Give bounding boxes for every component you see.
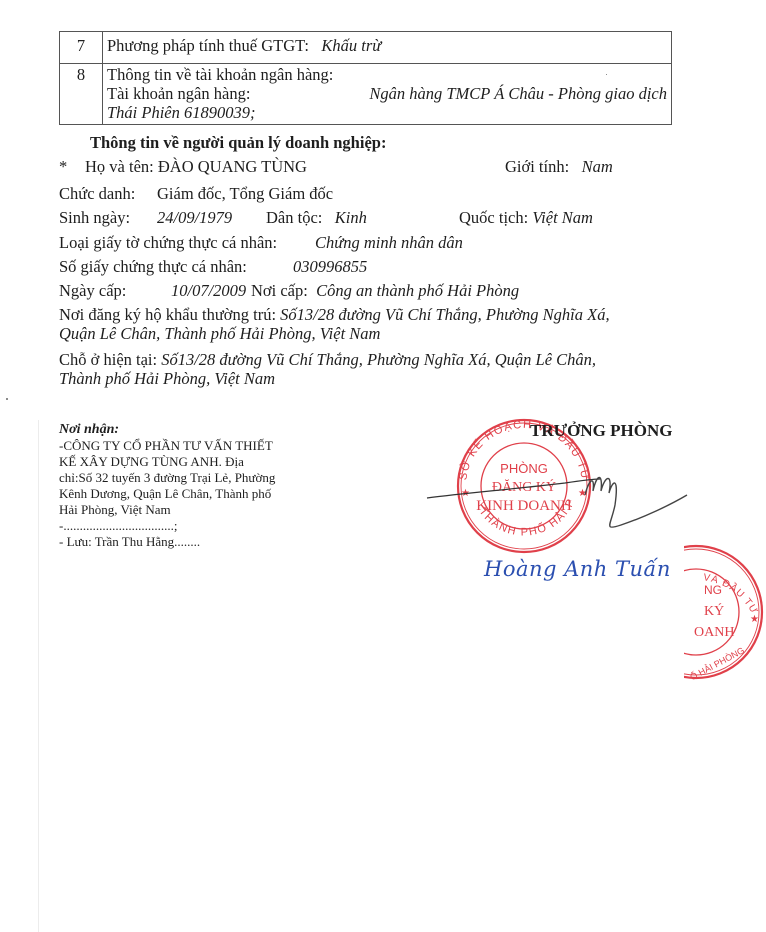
svg-text:★: ★: [750, 614, 759, 625]
gender-label: Giới tính:: [505, 157, 569, 176]
name-line: *Họ và tên: ĐÀO QUANG TÙNG: [59, 157, 307, 177]
issue-place-line: Nơi cấp: Công an thành phố Hải Phòng: [251, 281, 519, 301]
info-table: 7 Phương pháp tính thuế GTGT: Khấu trừ 8…: [59, 31, 672, 125]
bank-account-value: Ngân hàng TMCP Á Châu - Phòng giao dịch: [369, 84, 667, 103]
row-number: 8: [60, 64, 103, 125]
scan-margin-line: [38, 420, 39, 932]
nationality-value: Việt Nam: [532, 208, 593, 227]
issue-place-value: Công an thành phố Hải Phòng: [316, 281, 519, 300]
ethnicity-value: Kinh: [335, 208, 367, 227]
permanent-address-label: Nơi đăng ký hộ khẩu thường trú:: [59, 305, 276, 324]
handwritten-signature-icon: [425, 465, 695, 545]
bullet-icon: *: [59, 157, 85, 177]
scan-speck: [606, 74, 607, 75]
ethnicity-label: Dân tộc:: [266, 208, 322, 227]
issue-date-label: Ngày cấp:: [59, 281, 171, 301]
row-number: 7: [60, 32, 103, 64]
signer-name: Hoàng Anh Tuấn: [484, 557, 671, 581]
permanent-address-line-2: Quận Lê Chân, Thành phố Hải Phòng, Việt …: [59, 324, 380, 344]
recipients-block: Nơi nhận: -CÔNG TY CỔ PHẦN TƯ VẤN THIẾT …: [59, 422, 299, 550]
gender-line: Giới tính: Nam: [505, 157, 613, 177]
dob-value: 24/09/1979: [157, 208, 232, 227]
id-number-line: Số giấy chứng thực cá nhân:030996855: [59, 257, 367, 277]
recipient-line: KẾ XÂY DỰNG TÙNG ANH. Địa: [59, 454, 299, 470]
position-line: Chức danh:Giám đốc, Tổng Giám đốc: [59, 184, 333, 204]
id-number-value: 030996855: [293, 257, 367, 276]
table-row: 8 Thông tin về tài khoản ngân hàng: Tài …: [60, 64, 672, 125]
id-type-value: Chứng minh nhân dân: [315, 233, 463, 252]
current-address-value: Số13/28 đường Vũ Chí Thắng, Phường Nghĩa…: [161, 350, 596, 369]
recipients-title: Nơi nhận:: [59, 422, 299, 438]
current-address-value-cont: Thành phố Hải Phòng, Việt Nam: [59, 369, 275, 388]
id-number-label: Số giấy chứng thực cá nhân:: [59, 257, 293, 277]
table-row: 7 Phương pháp tính thuế GTGT: Khấu trừ: [60, 32, 672, 64]
document-page: 7 Phương pháp tính thuế GTGT: Khấu trừ 8…: [0, 0, 766, 932]
partial-stamp-icon: VÀ ĐẦU TƯ ★ NG KÝ OANH Ố HẢI PHÒNG: [684, 540, 766, 680]
svg-text:NG: NG: [704, 583, 722, 597]
issue-date-line: Ngày cấp:10/07/2009: [59, 281, 246, 301]
row-content: Thông tin về tài khoản ngân hàng: Tài kh…: [103, 64, 672, 125]
issue-date-value: 10/07/2009: [171, 281, 246, 300]
dob-label: Sinh ngày:: [59, 208, 157, 228]
recipient-line: Kênh Dương, Quận Lê Chân, Thành phố: [59, 486, 299, 502]
permanent-address-value-cont: Quận Lê Chân, Thành phố Hải Phòng, Việt …: [59, 324, 380, 343]
scan-speck: [6, 398, 8, 400]
bank-account-label: Tài khoản ngân hàng:: [107, 84, 250, 103]
permanent-address-value: Số13/28 đường Vũ Chí Thắng, Phường Nghĩa…: [280, 305, 609, 324]
recipient-line: -..................................;: [59, 518, 299, 534]
bank-account-line: Tài khoản ngân hàng: Ngân hàng TMCP Á Ch…: [107, 84, 667, 103]
row-content: Phương pháp tính thuế GTGT: Khấu trừ: [103, 32, 672, 64]
recipient-line: Hải Phòng, Việt Nam: [59, 502, 299, 518]
name-label: Họ và tên:: [85, 157, 154, 176]
signature-title: TRƯỞNG PHÒNG: [530, 421, 672, 441]
svg-text:KÝ: KÝ: [704, 602, 724, 619]
tax-method-label: Phương pháp tính thuế GTGT:: [107, 36, 309, 55]
nationality-line: Quốc tịch: Việt Nam: [459, 208, 593, 228]
current-address-line-2: Thành phố Hải Phòng, Việt Nam: [59, 369, 275, 389]
position-label: Chức danh:: [59, 184, 157, 204]
current-address-label: Chỗ ở hiện tại:: [59, 350, 157, 369]
recipient-line: -CÔNG TY CỔ PHẦN TƯ VẤN THIẾT: [59, 438, 299, 454]
position-value: Giám đốc, Tổng Giám đốc: [157, 184, 333, 203]
nationality-label: Quốc tịch:: [459, 208, 528, 227]
dob-line: Sinh ngày:24/09/1979: [59, 208, 232, 228]
tax-method-value: Khấu trừ: [321, 36, 381, 55]
bank-info-label: Thông tin về tài khoản ngân hàng:: [107, 65, 667, 84]
current-address-line: Chỗ ở hiện tại: Số13/28 đường Vũ Chí Thắ…: [59, 350, 596, 370]
manager-section-title: Thông tin về người quản lý doanh nghiệp:: [90, 133, 386, 153]
id-type-label: Loại giấy tờ chứng thực cá nhân:: [59, 233, 315, 253]
manager-name: ĐÀO QUANG TÙNG: [158, 157, 307, 176]
issue-place-label: Nơi cấp:: [251, 281, 308, 300]
ethnicity-line: Dân tộc: Kinh: [266, 208, 367, 228]
recipient-line: - Lưu: Trần Thu Hằng........: [59, 534, 299, 550]
gender-value: Nam: [582, 157, 613, 176]
svg-text:OANH: OANH: [694, 625, 734, 640]
id-type-line: Loại giấy tờ chứng thực cá nhân:Chứng mi…: [59, 233, 463, 253]
recipient-line: chỉ:Số 32 tuyến 3 đường Trại Lẻ, Phường: [59, 470, 299, 486]
bank-account-value-cont: Thái Phiên 61890039;: [107, 103, 667, 122]
permanent-address-line: Nơi đăng ký hộ khẩu thường trú: Số13/28 …: [59, 305, 610, 325]
